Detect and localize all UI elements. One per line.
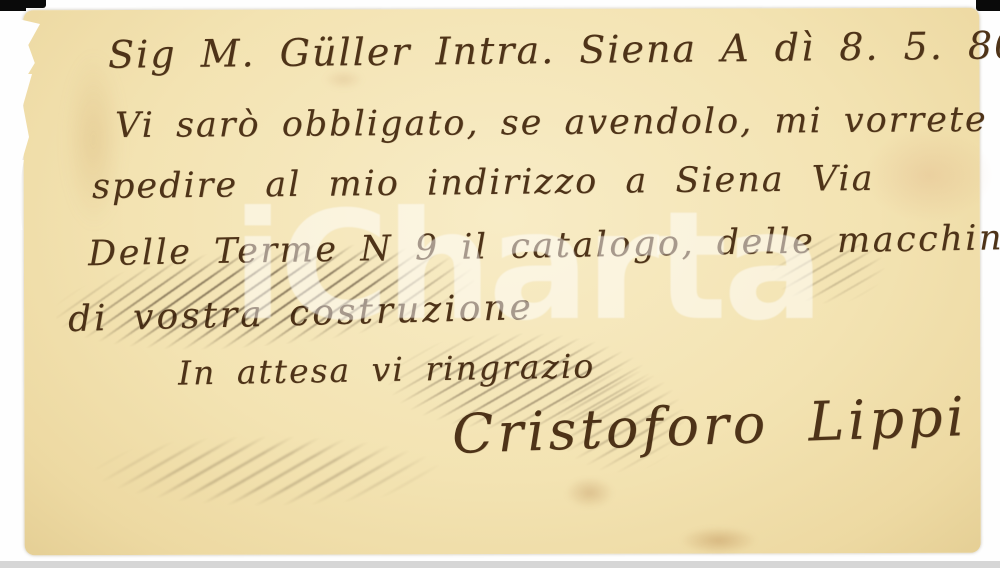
paper-stain <box>864 128 994 223</box>
postcard <box>23 8 980 556</box>
scanner-artifact-top-left-2 <box>0 6 26 11</box>
handwriting-line: Vi sarò obbligato, se avendolo, mi vorre… <box>115 100 988 146</box>
handwriting-line: spedire al mio indirizzo a Siena Via <box>92 159 875 207</box>
scanner-artifact-top-right <box>976 0 1000 11</box>
paper-stain <box>565 477 615 509</box>
handwriting-line-address-date: Sig M. Güller Intra. Siena A dì 8. 5. 80 <box>108 23 1000 77</box>
handwriting-line-closing: In attesa vi ringrazio <box>178 346 596 392</box>
scanned-image: Sig M. Güller Intra. Siena A dì 8. 5. 80… <box>0 0 1000 568</box>
scanner-bed-strip <box>0 561 1000 568</box>
paper-stain <box>680 526 758 554</box>
